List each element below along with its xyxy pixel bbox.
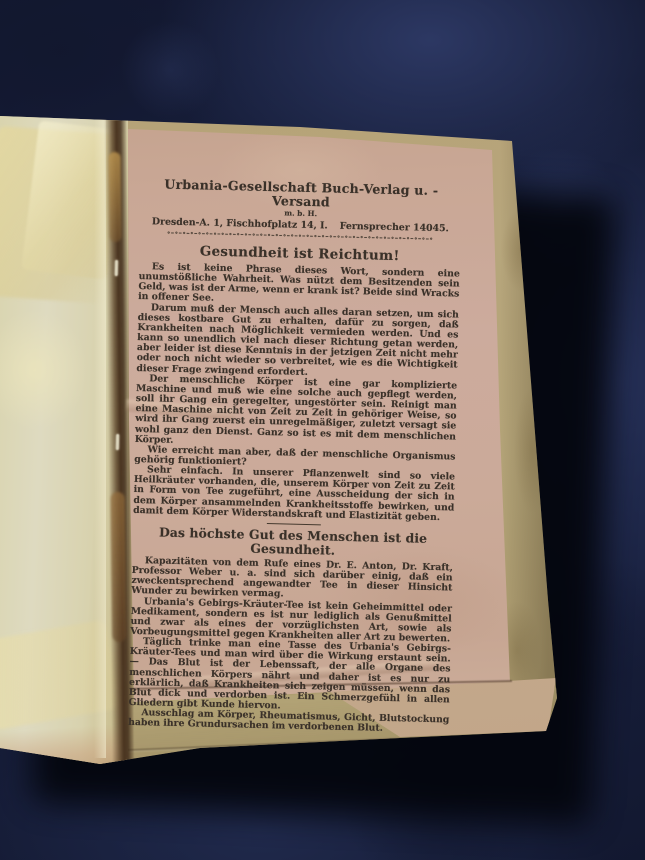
section-body: Es ist keine Phrase dieses Wort, sondern… bbox=[133, 262, 460, 523]
paragraph: Sehr einfach. In unserer Pflanzenwelt si… bbox=[133, 465, 455, 523]
advertisement-text: Urbania-Gesellschaft Buch-Verlag u. -Ver… bbox=[128, 177, 462, 736]
cover-edge-highlight bbox=[94, 118, 106, 758]
section-divider-rule bbox=[266, 523, 320, 525]
publisher-phone: Fernsprecher 14045. bbox=[340, 221, 449, 235]
staple-mark bbox=[115, 260, 118, 276]
glue-residue bbox=[108, 152, 121, 242]
paragraph: Täglich trinke man eine Tasse des Urbani… bbox=[128, 637, 451, 716]
glue-residue bbox=[111, 492, 127, 642]
paragraph: Darum muß der Mensch auch alles daran se… bbox=[136, 303, 459, 382]
faded-patch bbox=[0, 300, 100, 450]
section-heading: Das höchste Gut des Menschen ist die Ges… bbox=[132, 525, 454, 561]
paragraph: Der menschliche Körper ist eine gar komp… bbox=[135, 374, 458, 453]
photo-of-open-book: Urbania-Gesellschaft Buch-Verlag u. -Ver… bbox=[0, 0, 645, 860]
section-body: Kapazitäten von dem Rufe eines Dr. E. An… bbox=[128, 556, 453, 736]
staple-mark bbox=[116, 434, 119, 450]
